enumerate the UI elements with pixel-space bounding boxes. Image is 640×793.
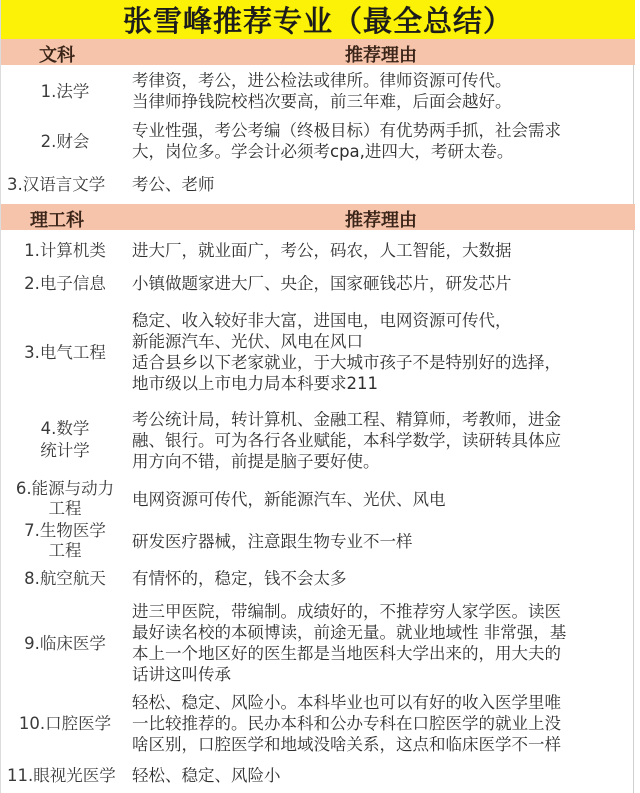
major-reason: 小镇做题家进大厂、央企，国家砸钱芯片，研发芯片 bbox=[132, 268, 632, 298]
reason-line: 小镇做题家进大厂、央企，国家砸钱芯片，研发芯片 bbox=[132, 273, 632, 294]
major-reason: 电网资源可传代，新能源汽车、光伏、风电 bbox=[132, 478, 632, 520]
reason-line: 地市级以上市电力局本科要求211 bbox=[132, 373, 632, 394]
major-reason: 研发医疗器械，注意跟生物专业不一样 bbox=[132, 520, 632, 562]
reason-line: 考律资，考公，进公检法或律所。律师资源可传代。 bbox=[132, 70, 632, 91]
major-name: 11.眼视光医学 bbox=[1, 762, 129, 788]
table-row-electrical: 3.电气工程 稳定、收入较好非大富，进国电，电网资源可传代， 新能源汽车、光伏、… bbox=[1, 308, 635, 396]
major-reason: 稳定、收入较好非大富，进国电，电网资源可传代， 新能源汽车、光伏、风电在风口 适… bbox=[132, 308, 632, 396]
major-name: 2.财会 bbox=[1, 116, 129, 166]
major-reason: 进三甲医院，带编制。成绩好的，不推荐穷人家学医。读医 最好读名校的本硕博读，前途… bbox=[132, 598, 632, 688]
major-name: 6.能源与动力 工程 bbox=[1, 478, 129, 520]
major-name: 1.计算机类 bbox=[1, 235, 129, 265]
table-row-aerospace: 8.航空航天 有情怀的，稳定，钱不会太多 bbox=[1, 564, 635, 592]
reason-header: 推荐理由 bbox=[131, 206, 631, 232]
table-row-computer: 1.计算机类 进大厂，就业面广，考公，码农，人工智能，大数据 bbox=[1, 235, 635, 265]
major-reason: 轻松、稳定、风险小 bbox=[132, 762, 632, 788]
reason-line: 轻松、稳定、风险小。本科毕业也可以有好的收入医学里唯 bbox=[132, 692, 632, 713]
category-label: 理工科 bbox=[1, 206, 113, 232]
major-name: 8.航空航天 bbox=[1, 564, 129, 592]
reason-line: 一比较推荐的。民办本科和公办专科在口腔医学的就业上没 bbox=[132, 713, 632, 734]
major-name: 10.口腔医学 bbox=[1, 690, 129, 756]
reason-line: 考公、老师 bbox=[132, 174, 632, 195]
table-row-stomatology: 10.口腔医学 轻松、稳定、风险小。本科毕业也可以有好的收入医学里唯 一比较推荐… bbox=[1, 690, 635, 756]
document-frame: 张雪峰推荐专业（最全总结） 文科 推荐理由 1.法学 考律资，考公，进公检法或律… bbox=[0, 0, 634, 793]
reason-line: 大，岗位多。学会计必须考cpa,进四大，考研太卷。 bbox=[132, 141, 632, 162]
reason-line: 话讲这叫传承 bbox=[132, 664, 632, 685]
reason-line: 研发医疗器械，注意跟生物专业不一样 bbox=[132, 531, 632, 552]
reason-line: 当律师挣钱院校档次要高，前三年难，后面会越好。 bbox=[132, 91, 632, 112]
table-row-clinical-medicine: 9.临床医学 进三甲医院，带编制。成绩好的，不推荐穷人家学医。读医 最好读名校的… bbox=[1, 598, 635, 688]
reason-line: 电网资源可传代，新能源汽车、光伏、风电 bbox=[132, 489, 632, 510]
reason-line: 融、银行。可为各行各业赋能，本科学数学，读研转具体应 bbox=[132, 430, 632, 451]
major-name: 1.法学 bbox=[1, 66, 129, 116]
table-row-energy-power: 6.能源与动力 工程 电网资源可传代，新能源汽车、光伏、风电 bbox=[1, 478, 635, 520]
section-header-liberal-arts: 文科 推荐理由 bbox=[1, 39, 635, 65]
section-header-science-engineering: 理工科 推荐理由 bbox=[1, 204, 635, 230]
reason-line: 最好读名校的本硕博读，前途无量。就业地域性 非常强，基 bbox=[132, 622, 632, 643]
reason-line: 轻松、稳定、风险小 bbox=[132, 765, 632, 786]
reason-line: 稳定、收入较好非大富，进国电，电网资源可传代， bbox=[132, 310, 632, 331]
major-reason: 轻松、稳定、风险小。本科毕业也可以有好的收入医学里唯 一比较推荐的。民办本科和公… bbox=[132, 690, 632, 756]
major-name: 3.汉语言文学 bbox=[1, 170, 129, 198]
reason-header: 推荐理由 bbox=[131, 41, 631, 67]
major-name: 4.数学 统计学 bbox=[1, 406, 129, 474]
table-row-optometry: 11.眼视光医学 轻松、稳定、风险小 bbox=[1, 762, 635, 788]
reason-line: 有情怀的，稳定，钱不会太多 bbox=[132, 568, 632, 589]
major-reason: 有情怀的，稳定，钱不会太多 bbox=[132, 564, 632, 592]
table-row-electronics: 2.电子信息 小镇做题家进大厂、央企，国家砸钱芯片，研发芯片 bbox=[1, 268, 635, 298]
major-name: 3.电气工程 bbox=[1, 308, 129, 396]
page-title: 张雪峰推荐专业（最全总结） bbox=[1, 0, 635, 39]
table-row-chinese-literature: 3.汉语言文学 考公、老师 bbox=[1, 170, 635, 198]
table-row-accounting: 2.财会 专业性强，考公考编（终极目标）有优势两手抓，社会需求 大，岗位多。学会… bbox=[1, 116, 635, 166]
reason-line: 本上一个地区好的医生都是当地医科大学出来的，用大夫的 bbox=[132, 643, 632, 664]
major-reason: 考公统计局，转计算机、金融工程、精算师，考教师，进金 融、银行。可为各行各业赋能… bbox=[132, 406, 632, 474]
reason-line: 啥区别，口腔医学和地域没啥关系，这点和临床医学不一样 bbox=[132, 734, 632, 755]
major-name: 7.生物医学 工程 bbox=[1, 520, 129, 562]
reason-line: 新能源汽车、光伏、风电在风口 bbox=[132, 331, 632, 352]
reason-line: 考公统计局，转计算机、金融工程、精算师，考教师，进金 bbox=[132, 409, 632, 430]
category-label: 文科 bbox=[1, 41, 113, 67]
major-name: 9.临床医学 bbox=[1, 598, 129, 688]
reason-line: 进大厂，就业面广，考公，码农，人工智能，大数据 bbox=[132, 240, 632, 261]
reason-line: 适合县乡以下老家就业，于大城市孩子不是特别好的选择， bbox=[132, 352, 632, 373]
major-reason: 考公、老师 bbox=[132, 170, 632, 198]
reason-line: 专业性强，考公考编（终极目标）有优势两手抓，社会需求 bbox=[132, 120, 632, 141]
major-reason: 专业性强，考公考编（终极目标）有优势两手抓，社会需求 大，岗位多。学会计必须考c… bbox=[132, 116, 632, 166]
major-name: 2.电子信息 bbox=[1, 268, 129, 298]
reason-line: 用方向不错，前提是脑子要好使。 bbox=[132, 451, 632, 472]
table-row-law: 1.法学 考律资，考公，进公检法或律所。律师资源可传代。 当律师挣钱院校档次要高… bbox=[1, 66, 635, 116]
major-reason: 进大厂，就业面广，考公，码农，人工智能，大数据 bbox=[132, 235, 632, 265]
table-row-biomedical: 7.生物医学 工程 研发医疗器械，注意跟生物专业不一样 bbox=[1, 520, 635, 562]
major-reason: 考律资，考公，进公检法或律所。律师资源可传代。 当律师挣钱院校档次要高，前三年难… bbox=[132, 66, 632, 116]
table-row-mathematics: 4.数学 统计学 考公统计局，转计算机、金融工程、精算师，考教师，进金 融、银行… bbox=[1, 406, 635, 474]
reason-line: 进三甲医院，带编制。成绩好的，不推荐穷人家学医。读医 bbox=[132, 601, 632, 622]
